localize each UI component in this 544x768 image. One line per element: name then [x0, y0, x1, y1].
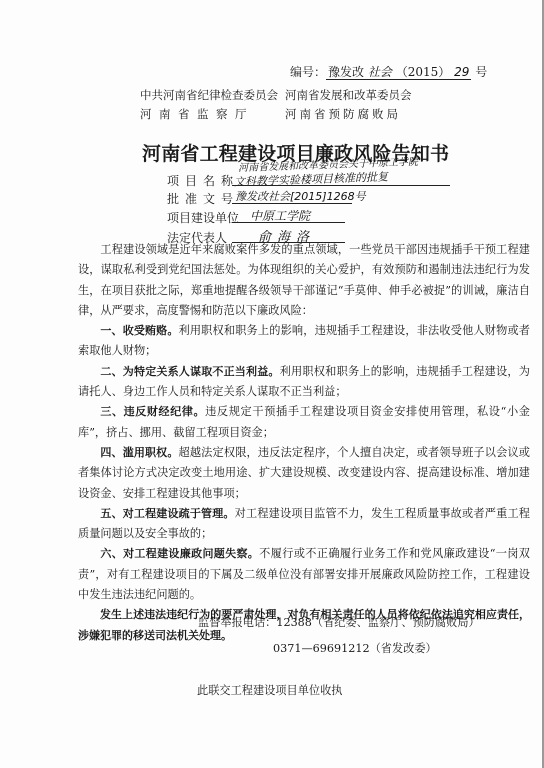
field-label-construction-unit: 项目建设单位 [167, 209, 239, 226]
hotline-primary: 监督举报电话：12388（省纪委、监察厅、预防腐败局） [198, 614, 480, 630]
hotline-secondary: 0371—69691212（省发改委） [273, 640, 437, 656]
field-underline [232, 222, 345, 223]
risk-heading: 一、收受贿赂。 [100, 324, 178, 337]
risk-item: 一、收受贿赂。利用职权和职务上的影响，违规插手工程建设，非法收受他人财物或者索取… [78, 321, 530, 362]
field-label-approval-number: 批准文号 [167, 190, 239, 207]
risk-heading: 五、对工程建设疏于管理。 [100, 507, 234, 520]
doc-number-label: 编号： [290, 65, 326, 79]
issuer-discipline-commission: 中共河南省纪律检查委员会 [140, 87, 278, 103]
risk-item: 四、滥用职权。超越法定权限，违反法定程序，个人擅自决定，或者领导班子以会议或者集… [78, 443, 530, 504]
field-label-project-name: 项目名称 [167, 172, 239, 189]
risk-item: 二、为特定关系人谋取不正当利益。利用职权和职务上的影响，违规插手工程建设，为请托… [78, 362, 530, 403]
document-page: 编号：豫发改 社会 （2015） 29 号 中共河南省纪律检查委员会 河南省发展… [0, 0, 544, 768]
risk-item: 六、对工程建设廉政问题失察。不履行或不正确履行业务工作和党风廉政建设“一岗双责”… [78, 544, 530, 605]
field-underline [232, 185, 450, 186]
issuer-development-commission: 河南省发展和改革委员会 [285, 87, 412, 103]
field-value-approval-number: 豫发改社会[2015]1268号 [235, 188, 366, 204]
doc-number-value: 豫发改 社会 （2015） 29 [326, 65, 471, 80]
risk-item: 五、对工程建设疏于管理。对工程建设项目监管不力，发生工程质量事故或者严重工程质量… [78, 504, 530, 545]
risk-heading: 三、违反财经纪律。 [100, 405, 205, 418]
issuer-anticorruption-bureau: 河南省预防腐败局 [285, 106, 401, 122]
risk-heading: 二、为特定关系人谋取不正当利益。 [100, 365, 279, 378]
risk-heading: 四、滥用职权。 [100, 446, 178, 459]
issuer-supervision-department: 河南省监察厅 [140, 106, 254, 122]
document-number: 编号：豫发改 社会 （2015） 29 号 [290, 63, 487, 80]
risk-item: 三、违反财经纪律。违反规定干预插手工程建设项目资金安排使用管理，私设“小金库”，… [78, 402, 530, 443]
field-underline [232, 203, 352, 204]
risk-heading: 六、对工程建设廉政问题失察。 [100, 547, 259, 560]
handwritten-word: 社会 [368, 65, 392, 79]
notice-body: 工程建设领域是近年来腐败案件多发的重点领域，一些党员干部因违规插手干预工程建设，… [78, 240, 530, 646]
handwritten-number: 29 [454, 65, 469, 79]
hotline-number-1: 12388（省纪委、监察厅、预防腐败局） [276, 616, 479, 629]
intro-paragraph: 工程建设领域是近年来腐败案件多发的重点领域，一些党员干部因违规插手干预工程建设，… [78, 240, 530, 321]
receipt-note: 此联交工程建设项目单位收执 [197, 682, 342, 698]
hotline-label: 监督举报电话： [198, 616, 276, 629]
